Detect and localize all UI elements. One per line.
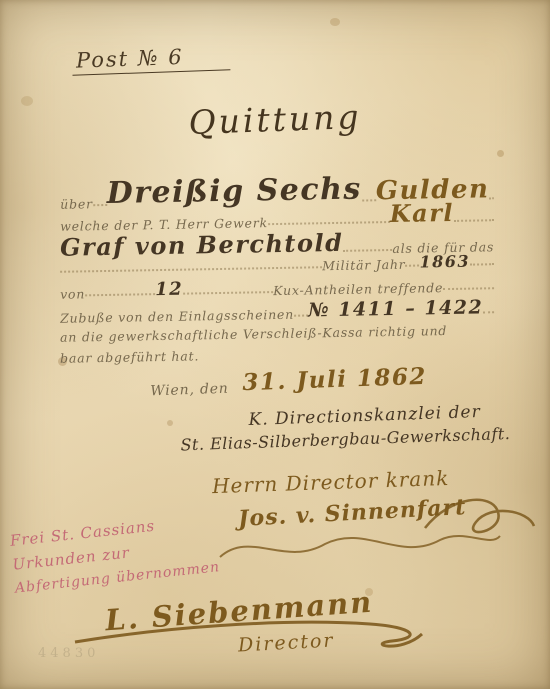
dotted-line	[470, 263, 494, 265]
foxing-spot	[167, 420, 173, 426]
foxing-spot	[21, 96, 33, 106]
dotted-line	[294, 314, 308, 316]
signature-scrawl	[215, 522, 505, 572]
dotted-line	[483, 311, 494, 313]
dotted-line	[406, 265, 420, 267]
line4-year-text: 1863	[419, 252, 470, 272]
dotted-line	[454, 219, 494, 222]
red-annotation: Frei St. Cassians Urkunden zur Abfertigu…	[9, 507, 221, 600]
dotted-line	[60, 266, 322, 273]
pencil-note: 44830	[38, 646, 99, 661]
dateline-place-text: Wien, den	[150, 381, 229, 400]
document-title: Quittung	[0, 90, 550, 148]
line8-text: baar abgeführt hat.	[60, 348, 199, 365]
dotted-line	[85, 293, 155, 296]
foxing-spot	[497, 150, 504, 157]
dotted-line	[362, 199, 376, 201]
dotted-line	[443, 287, 494, 290]
foxing-spot	[330, 18, 340, 26]
addressee-text: Herrn Director krank	[212, 466, 450, 498]
dateline-date-text: 31. Juli 1862	[242, 363, 427, 396]
line4-label-text: Militär Jahr	[322, 257, 406, 273]
office-block: K. Directionskanzlei der St. Elias-Silbe…	[219, 401, 510, 453]
line2-name-text: Karl	[390, 198, 455, 228]
dotted-line	[183, 291, 273, 295]
document-page: Post № 6 Quittung über Dreißig Sechs Gul…	[0, 0, 550, 689]
post-number: Post № 6	[72, 43, 231, 75]
line5-count-text: 12	[155, 279, 183, 300]
dotted-line	[268, 221, 390, 225]
dotted-line	[490, 197, 495, 199]
dotted-line	[93, 204, 107, 206]
dateline: Wien, den 31. Juli 1862	[150, 359, 461, 400]
